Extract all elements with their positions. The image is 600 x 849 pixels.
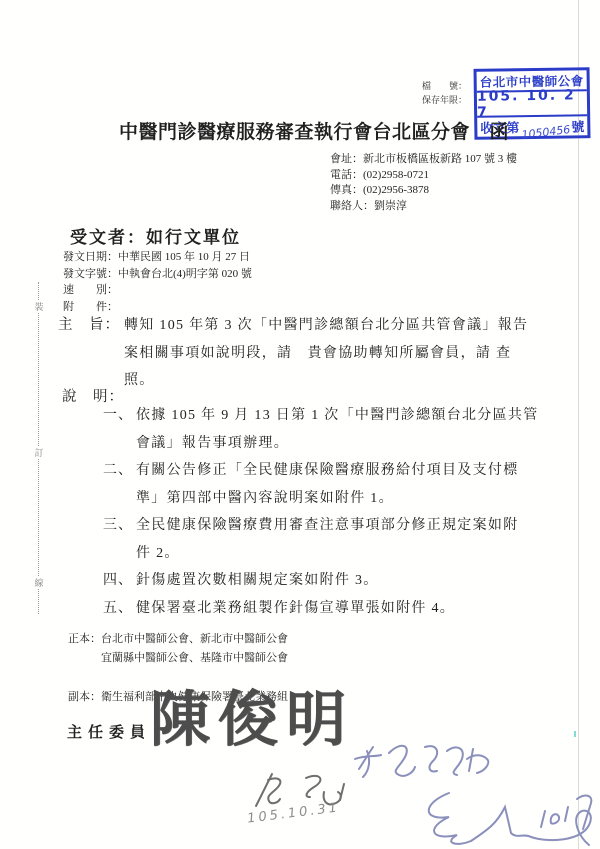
- subject-text: 轉知 105 年第 3 次「中醫門診總額台北分區共管會議」報告 案相關事項如說明…: [124, 312, 562, 395]
- file-number-label: 檔 號：: [395, 79, 467, 93]
- item-text: 全民健康保險醫療費用審查注意事項部分修正規定案如附 件 2。: [136, 512, 548, 567]
- item-number: 一、: [103, 402, 136, 457]
- explanation-item: 四、 針傷處置次數相關規定案如附件 3。: [103, 567, 553, 595]
- binding-mark: 裝: [32, 300, 46, 313]
- receipt-number-suffix: 號: [571, 116, 584, 135]
- explanation-item: 二、 有關公告修正「全民健康保險醫療服務給付項目及支付標 準」第四部中醫內容說明…: [103, 457, 553, 512]
- document-title: 中醫門診醫療服務審查執行會台北區分會 函: [119, 117, 509, 144]
- original-copy-line: 正本：台北市中醫師公會、新北市中醫師公會 宜蘭縣中醫師公會、基隆市中醫師公會: [68, 630, 288, 669]
- item-text: 依據 105 年 9 月 13 日第 1 次「中醫門診總額台北分區共管 會議」報…: [136, 402, 548, 457]
- meta-block: 發文日期：中華民國 105 年 10 月 27 日 發文字號：中執會台北(4)明…: [63, 249, 252, 315]
- archival-labels: 檔 號： 保存年限：: [395, 79, 467, 107]
- official-letter-page: 裝 訂 線 檔 號： 保存年限： 台北市中醫師公會 105. 10. 2 7 收…: [0, 0, 600, 849]
- retention-period-label: 保存年限：: [395, 93, 467, 107]
- handwritten-annotation-pen: [345, 735, 600, 849]
- item-number: 二、: [103, 457, 136, 512]
- receipt-stamp-date: 105. 10. 2 7: [477, 91, 587, 118]
- binding-mark: 訂: [32, 446, 46, 459]
- recipient-line: 受文者：如行文單位: [70, 223, 241, 248]
- item-number: 三、: [103, 512, 136, 567]
- binding-mark: 線: [32, 576, 46, 589]
- explanation-item: 一、 依據 105 年 9 月 13 日第 1 次「中醫門診總額台北分區共管 會…: [103, 402, 553, 457]
- explanation-item: 三、 全民健康保險醫療費用審查注意事項部分修正規定案如附 件 2。: [103, 512, 553, 567]
- item-text: 有關公告修正「全民健康保險醫療服務給付項目及支付標 準」第四部中醫內容說明案如附…: [136, 457, 548, 512]
- subject-label: 主 旨：: [58, 312, 120, 395]
- item-number: 四、: [103, 567, 136, 595]
- receipt-number-handwritten: 1050456: [520, 123, 570, 142]
- signer-name-stamp: 陳俊明: [150, 690, 354, 750]
- explanation-list: 一、 依據 105 年 9 月 13 日第 1 次「中醫門診總額台北分區共管 會…: [103, 402, 553, 622]
- contact-block: 會址：新北市板橋區板新路 107 號 3 樓 電話：(02)2958-0721 …: [330, 152, 517, 214]
- item-text: 針傷處置次數相關規定案如附件 3。: [136, 567, 548, 595]
- signer-title: 主任委員: [67, 721, 151, 742]
- subject-block: 主 旨： 轉知 105 年第 3 次「中醫門診總額台北分區共管會議」報告 案相關…: [58, 312, 562, 395]
